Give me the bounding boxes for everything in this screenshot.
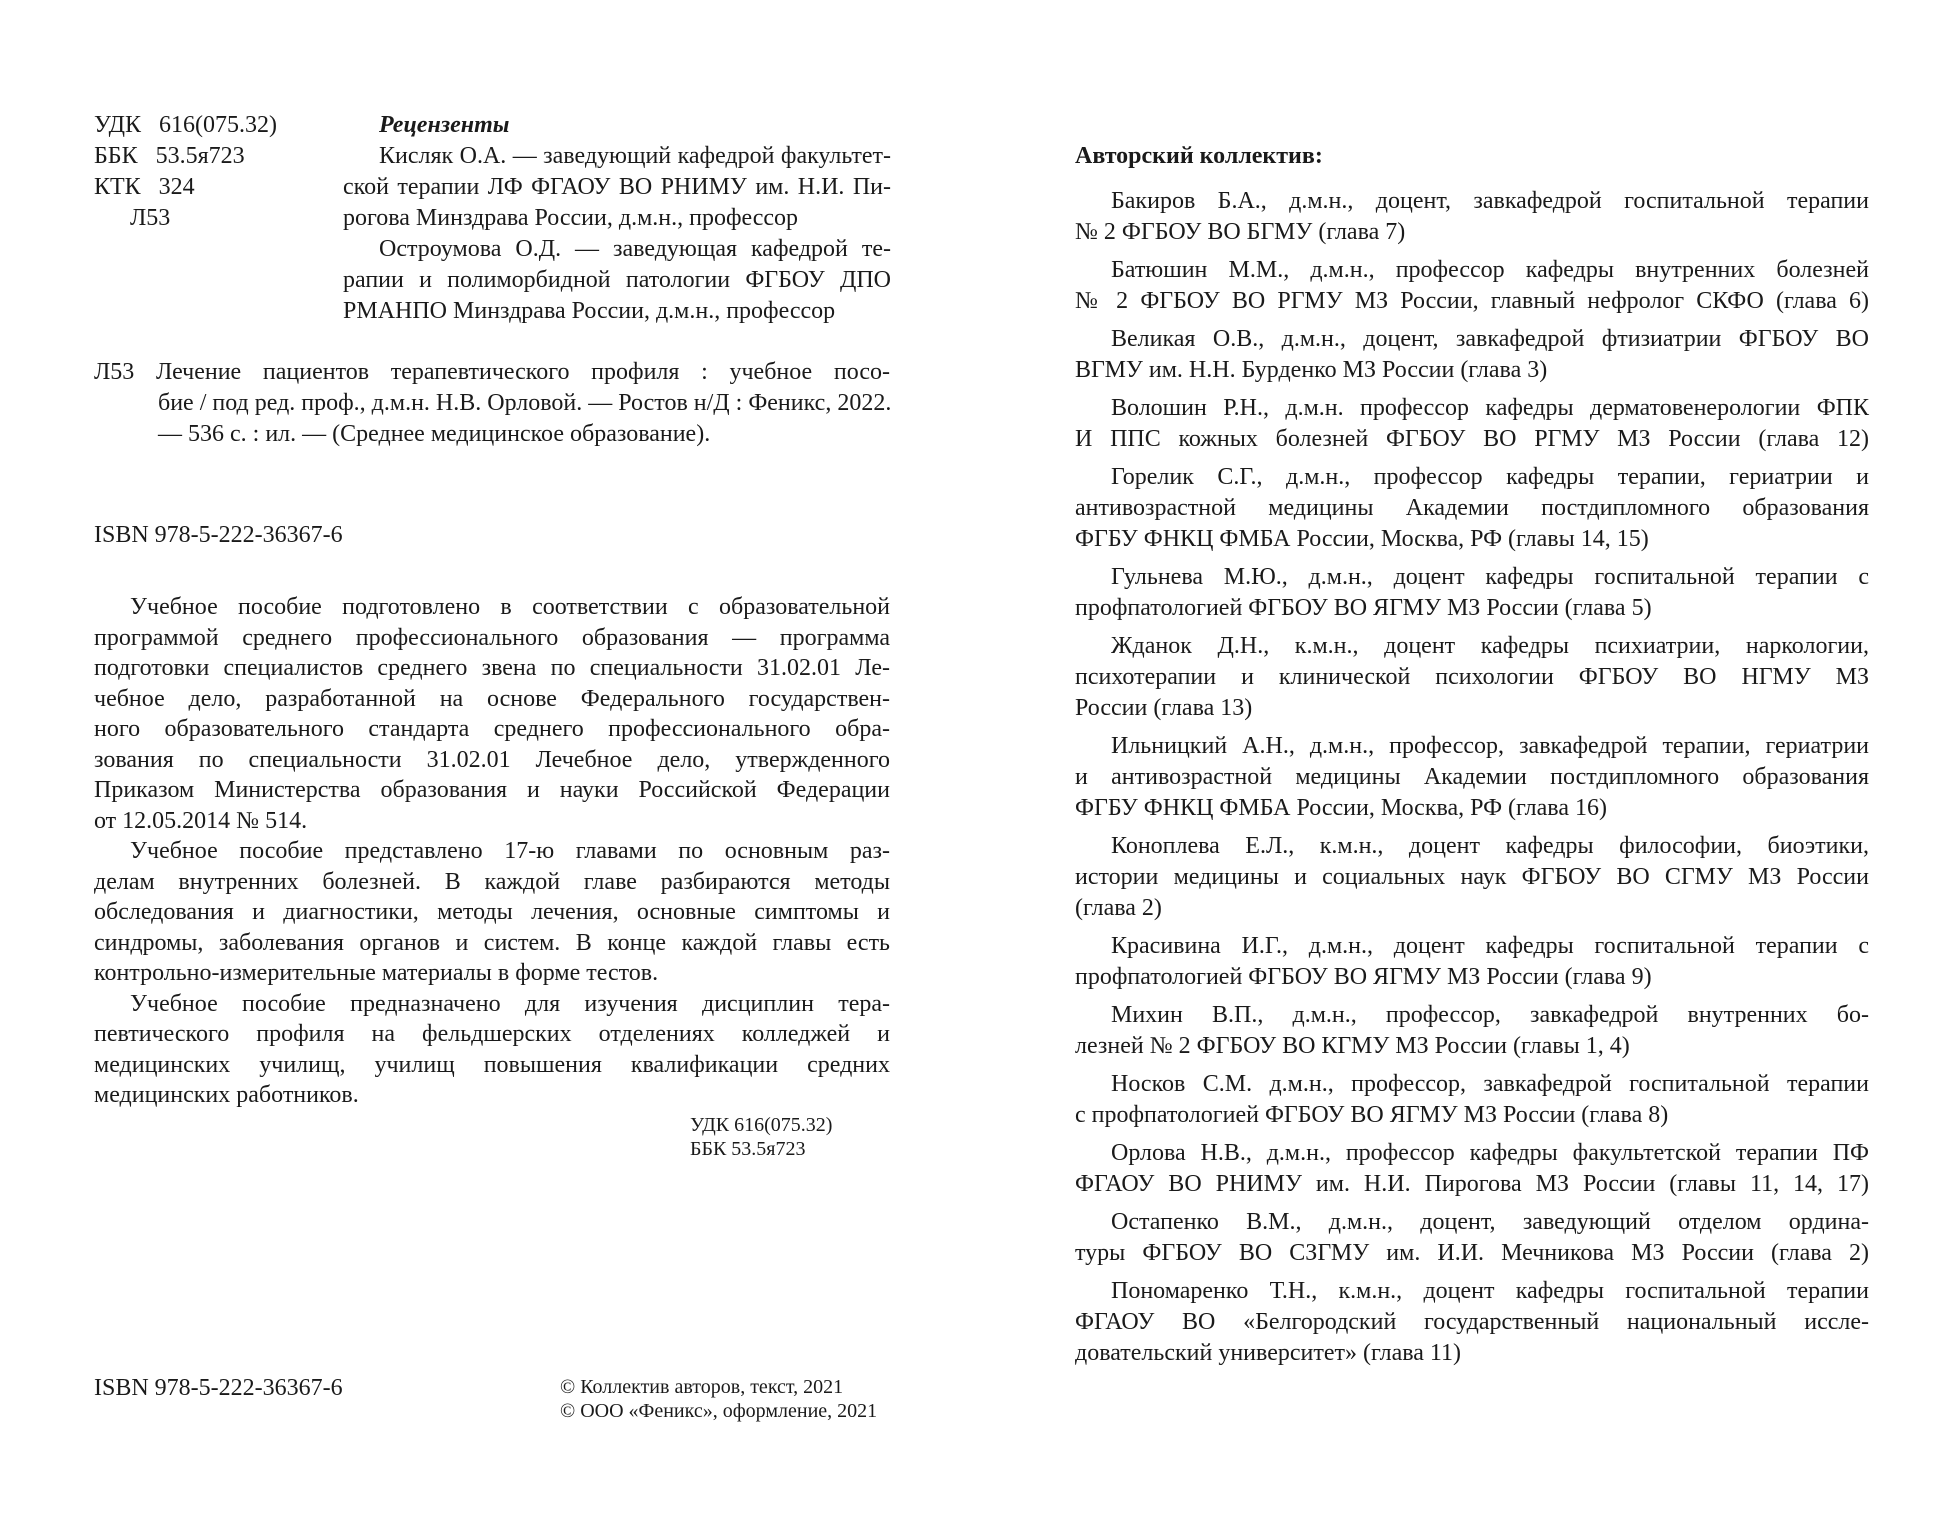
author-entry: Бакиров Б.А., д.м.н., доцент, завкафедро… [1075, 186, 1869, 248]
isbn-top: ISBN 978-5-222-36367-6 [94, 522, 343, 549]
authors-list: Бакиров Б.А., д.м.н., доцент, завкафедро… [1075, 186, 1869, 1376]
author-line: Гульнева М.Ю., д.м.н., доцент кафедры го… [1075, 562, 1869, 593]
author-line: Орлова Н.В., д.м.н., профессор кафедры ф… [1075, 1138, 1869, 1169]
author-line: Батюшин М.М., д.м.н., профессор кафедры … [1075, 255, 1869, 286]
classification-codes-bottom: УДК 616(075.32) ББК 53.5я723 [690, 1113, 832, 1161]
author-line: профпатологией ФГБОУ ВО ЯГМУ МЗ России (… [1075, 962, 1869, 993]
author-entry: Жданок Д.Н., к.м.н., доцент кафедры псих… [1075, 631, 1869, 724]
author-line: лезней № 2 ФГБОУ ВО КГМУ МЗ России (глав… [1075, 1031, 1869, 1062]
author-line: ФГБУ ФНКЦ ФМБА России, Москва, РФ (главы… [1075, 524, 1869, 555]
reviewer-line: рогова Минздрава России, д.м.н., професс… [343, 203, 891, 234]
author-line: И ППС кожных болезней ФГБОУ ВО РГМУ МЗ Р… [1075, 424, 1869, 455]
copyright-publisher: © ООО «Феникс», оформление, 2021 [560, 1399, 877, 1423]
author-line: № 2 ФГБОУ ВО РГМУ МЗ России, главный неф… [1075, 286, 1869, 317]
author-entry: Михин В.П., д.м.н., профессор, завкафедр… [1075, 1000, 1869, 1062]
annotation-line: обследования и диагностики, методы лечен… [94, 897, 890, 928]
author-line: Красивина И.Г., д.м.н., доцент кафедры г… [1075, 931, 1869, 962]
author-line: психотерапии и клинической психологии ФГ… [1075, 662, 1869, 693]
author-entry: Горелик С.Г., д.м.н., профессор кафедры … [1075, 462, 1869, 555]
udk-code-bottom: УДК 616(075.32) [690, 1113, 832, 1137]
author-entry: Великая О.В., д.м.н., доцент, завкафедро… [1075, 324, 1869, 386]
biblio-line: — 536 с. : ил. — (Среднее медицинское об… [94, 419, 890, 450]
annotation-line: делам внутренних болезней. В каждой глав… [94, 867, 890, 898]
author-line: России (глава 13) [1075, 693, 1869, 724]
bbk-code-bottom: ББК 53.5я723 [690, 1137, 832, 1161]
copyright-authors: © Коллектив авторов, текст, 2021 [560, 1375, 877, 1399]
bbk-code: ББК 53.5я723 [94, 141, 277, 172]
author-line: Волошин Р.Н., д.м.н. профессор кафедры д… [1075, 393, 1869, 424]
reviewer-line: Остроумова О.Д. — заведующая кафедрой те… [343, 234, 891, 265]
author-line: (глава 2) [1075, 893, 1869, 924]
author-entry: Батюшин М.М., д.м.н., профессор кафедры … [1075, 255, 1869, 317]
annotation-line: зования по специальности 31.02.01 Лечебн… [94, 745, 890, 776]
author-line: истории медицины и социальных наук ФГБОУ… [1075, 862, 1869, 893]
isbn-bottom: ISBN 978-5-222-36367-6 [94, 1375, 343, 1402]
classification-codes: УДК 616(075.32) ББК 53.5я723 КТК 324 Л53 [94, 110, 277, 234]
authors-title: Авторский коллектив: [1075, 143, 1323, 170]
annotation-line: контрольно-измерительные материалы в фор… [94, 958, 890, 989]
author-mark: Л53 [94, 203, 277, 234]
annotation-line: программой среднего профессионального об… [94, 623, 890, 654]
reviewer-line: РМАНПО Минздрава России, д.м.н., професс… [343, 296, 891, 327]
author-line: Ильницкий А.Н., д.м.н., профессор, завка… [1075, 731, 1869, 762]
author-entry: Ильницкий А.Н., д.м.н., профессор, завка… [1075, 731, 1869, 824]
author-line: Пономаренко Т.Н., к.м.н., доцент кафедры… [1075, 1276, 1869, 1307]
author-entry: Пономаренко Т.Н., к.м.н., доцент кафедры… [1075, 1276, 1869, 1369]
author-line: и антивозрастной медицины Академии постд… [1075, 762, 1869, 793]
annotation-line: Учебное пособие представлено 17-ю главам… [94, 836, 890, 867]
author-line: с профпатологией ФГБОУ ВО ЯГМУ МЗ России… [1075, 1100, 1869, 1131]
annotation-line: от 12.05.2014 № 514. [94, 806, 890, 837]
author-line: Жданок Д.Н., к.м.н., доцент кафедры псих… [1075, 631, 1869, 662]
author-entry: Орлова Н.В., д.м.н., профессор кафедры ф… [1075, 1138, 1869, 1200]
annotation-line: ного образовательного стандарта среднего… [94, 714, 890, 745]
author-line: Михин В.П., д.м.н., профессор, завкафедр… [1075, 1000, 1869, 1031]
annotation-line: медицинских работников. [94, 1080, 890, 1111]
reviewer-line: рапии и полиморбидной патологии ФГБОУ ДП… [343, 265, 891, 296]
author-line: Носков С.М. д.м.н., профессор, завкафедр… [1075, 1069, 1869, 1100]
author-entry: Красивина И.Г., д.м.н., доцент кафедры г… [1075, 931, 1869, 993]
udk-code: УДК 616(075.32) [94, 110, 277, 141]
author-entry: Носков С.М. д.м.н., профессор, завкафедр… [1075, 1069, 1869, 1131]
reviewers-title: Рецензенты [343, 110, 891, 141]
annotation-line: медицинских училищ, училищ повышения ква… [94, 1050, 890, 1081]
annotation-line: синдромы, заболевания органов и систем. … [94, 928, 890, 959]
annotation-line: певтического профиля на фельдшерских отд… [94, 1019, 890, 1050]
right-page: Авторский коллектив: Бакиров Б.А., д.м.н… [973, 0, 1946, 1520]
author-line: ФГАОУ ВО РНИМУ им. Н.И. Пирогова МЗ Росс… [1075, 1169, 1869, 1200]
copyright-block: © Коллектив авторов, текст, 2021 © ООО «… [560, 1375, 877, 1423]
reviewer-line: Кисляк О.А. — заведующий кафедрой факуль… [343, 141, 891, 172]
author-entry: Волошин Р.Н., д.м.н. профессор кафедры д… [1075, 393, 1869, 455]
author-line: ВГМУ им. Н.Н. Бурденко МЗ России (глава … [1075, 355, 1869, 386]
author-line: профпатологией ФГБОУ ВО ЯГМУ МЗ России (… [1075, 593, 1869, 624]
author-line: Коноплева Е.Л., к.м.н., доцент кафедры ф… [1075, 831, 1869, 862]
author-line: туры ФГБОУ ВО СЗГМУ им. И.И. Мечникова М… [1075, 1238, 1869, 1269]
author-line: Горелик С.Г., д.м.н., профессор кафедры … [1075, 462, 1869, 493]
annotation-line: Приказом Министерства образования и наук… [94, 775, 890, 806]
author-entry: Остапенко В.М., д.м.н., доцент, заведующ… [1075, 1207, 1869, 1269]
author-line: Великая О.В., д.м.н., доцент, завкафедро… [1075, 324, 1869, 355]
annotation-line: подготовки специалистов среднего звена п… [94, 653, 890, 684]
left-page: УДК 616(075.32) ББК 53.5я723 КТК 324 Л53… [0, 0, 973, 1520]
annotation-line: Учебное пособие предназначено для изучен… [94, 989, 890, 1020]
author-entry: Коноплева Е.Л., к.м.н., доцент кафедры ф… [1075, 831, 1869, 924]
author-line: довательский университет» (глава 11) [1075, 1338, 1869, 1369]
author-line: № 2 ФГБОУ ВО БГМУ (глава 7) [1075, 217, 1869, 248]
author-line: Остапенко В.М., д.м.н., доцент, заведующ… [1075, 1207, 1869, 1238]
reviewer-line: ской терапии ЛФ ФГАОУ ВО РНИМУ им. Н.И. … [343, 172, 891, 203]
author-line: ФГАОУ ВО «Белгородский государственный н… [1075, 1307, 1869, 1338]
author-line: Бакиров Б.А., д.м.н., доцент, завкафедро… [1075, 186, 1869, 217]
annotation: Учебное пособие подготовлено в соответст… [94, 592, 890, 1111]
bibliographic-record: Л53 Лечение пациентов терапевтического п… [94, 357, 890, 450]
author-line: антивозрастной медицины Академии постдип… [1075, 493, 1869, 524]
ktk-code: КТК 324 [94, 172, 277, 203]
annotation-line: чебное дело, разработанной на основе Фед… [94, 684, 890, 715]
author-line: ФГБУ ФНКЦ ФМБА России, Москва, РФ (глава… [1075, 793, 1869, 824]
reviewers-block: Рецензенты Кисляк О.А. — заведующий кафе… [343, 110, 891, 327]
annotation-line: Учебное пособие подготовлено в соответст… [94, 592, 890, 623]
biblio-line: Л53 Лечение пациентов терапевтического п… [94, 357, 890, 388]
author-entry: Гульнева М.Ю., д.м.н., доцент кафедры го… [1075, 562, 1869, 624]
biblio-line: бие / под ред. проф., д.м.н. Н.В. Орлово… [94, 388, 890, 419]
